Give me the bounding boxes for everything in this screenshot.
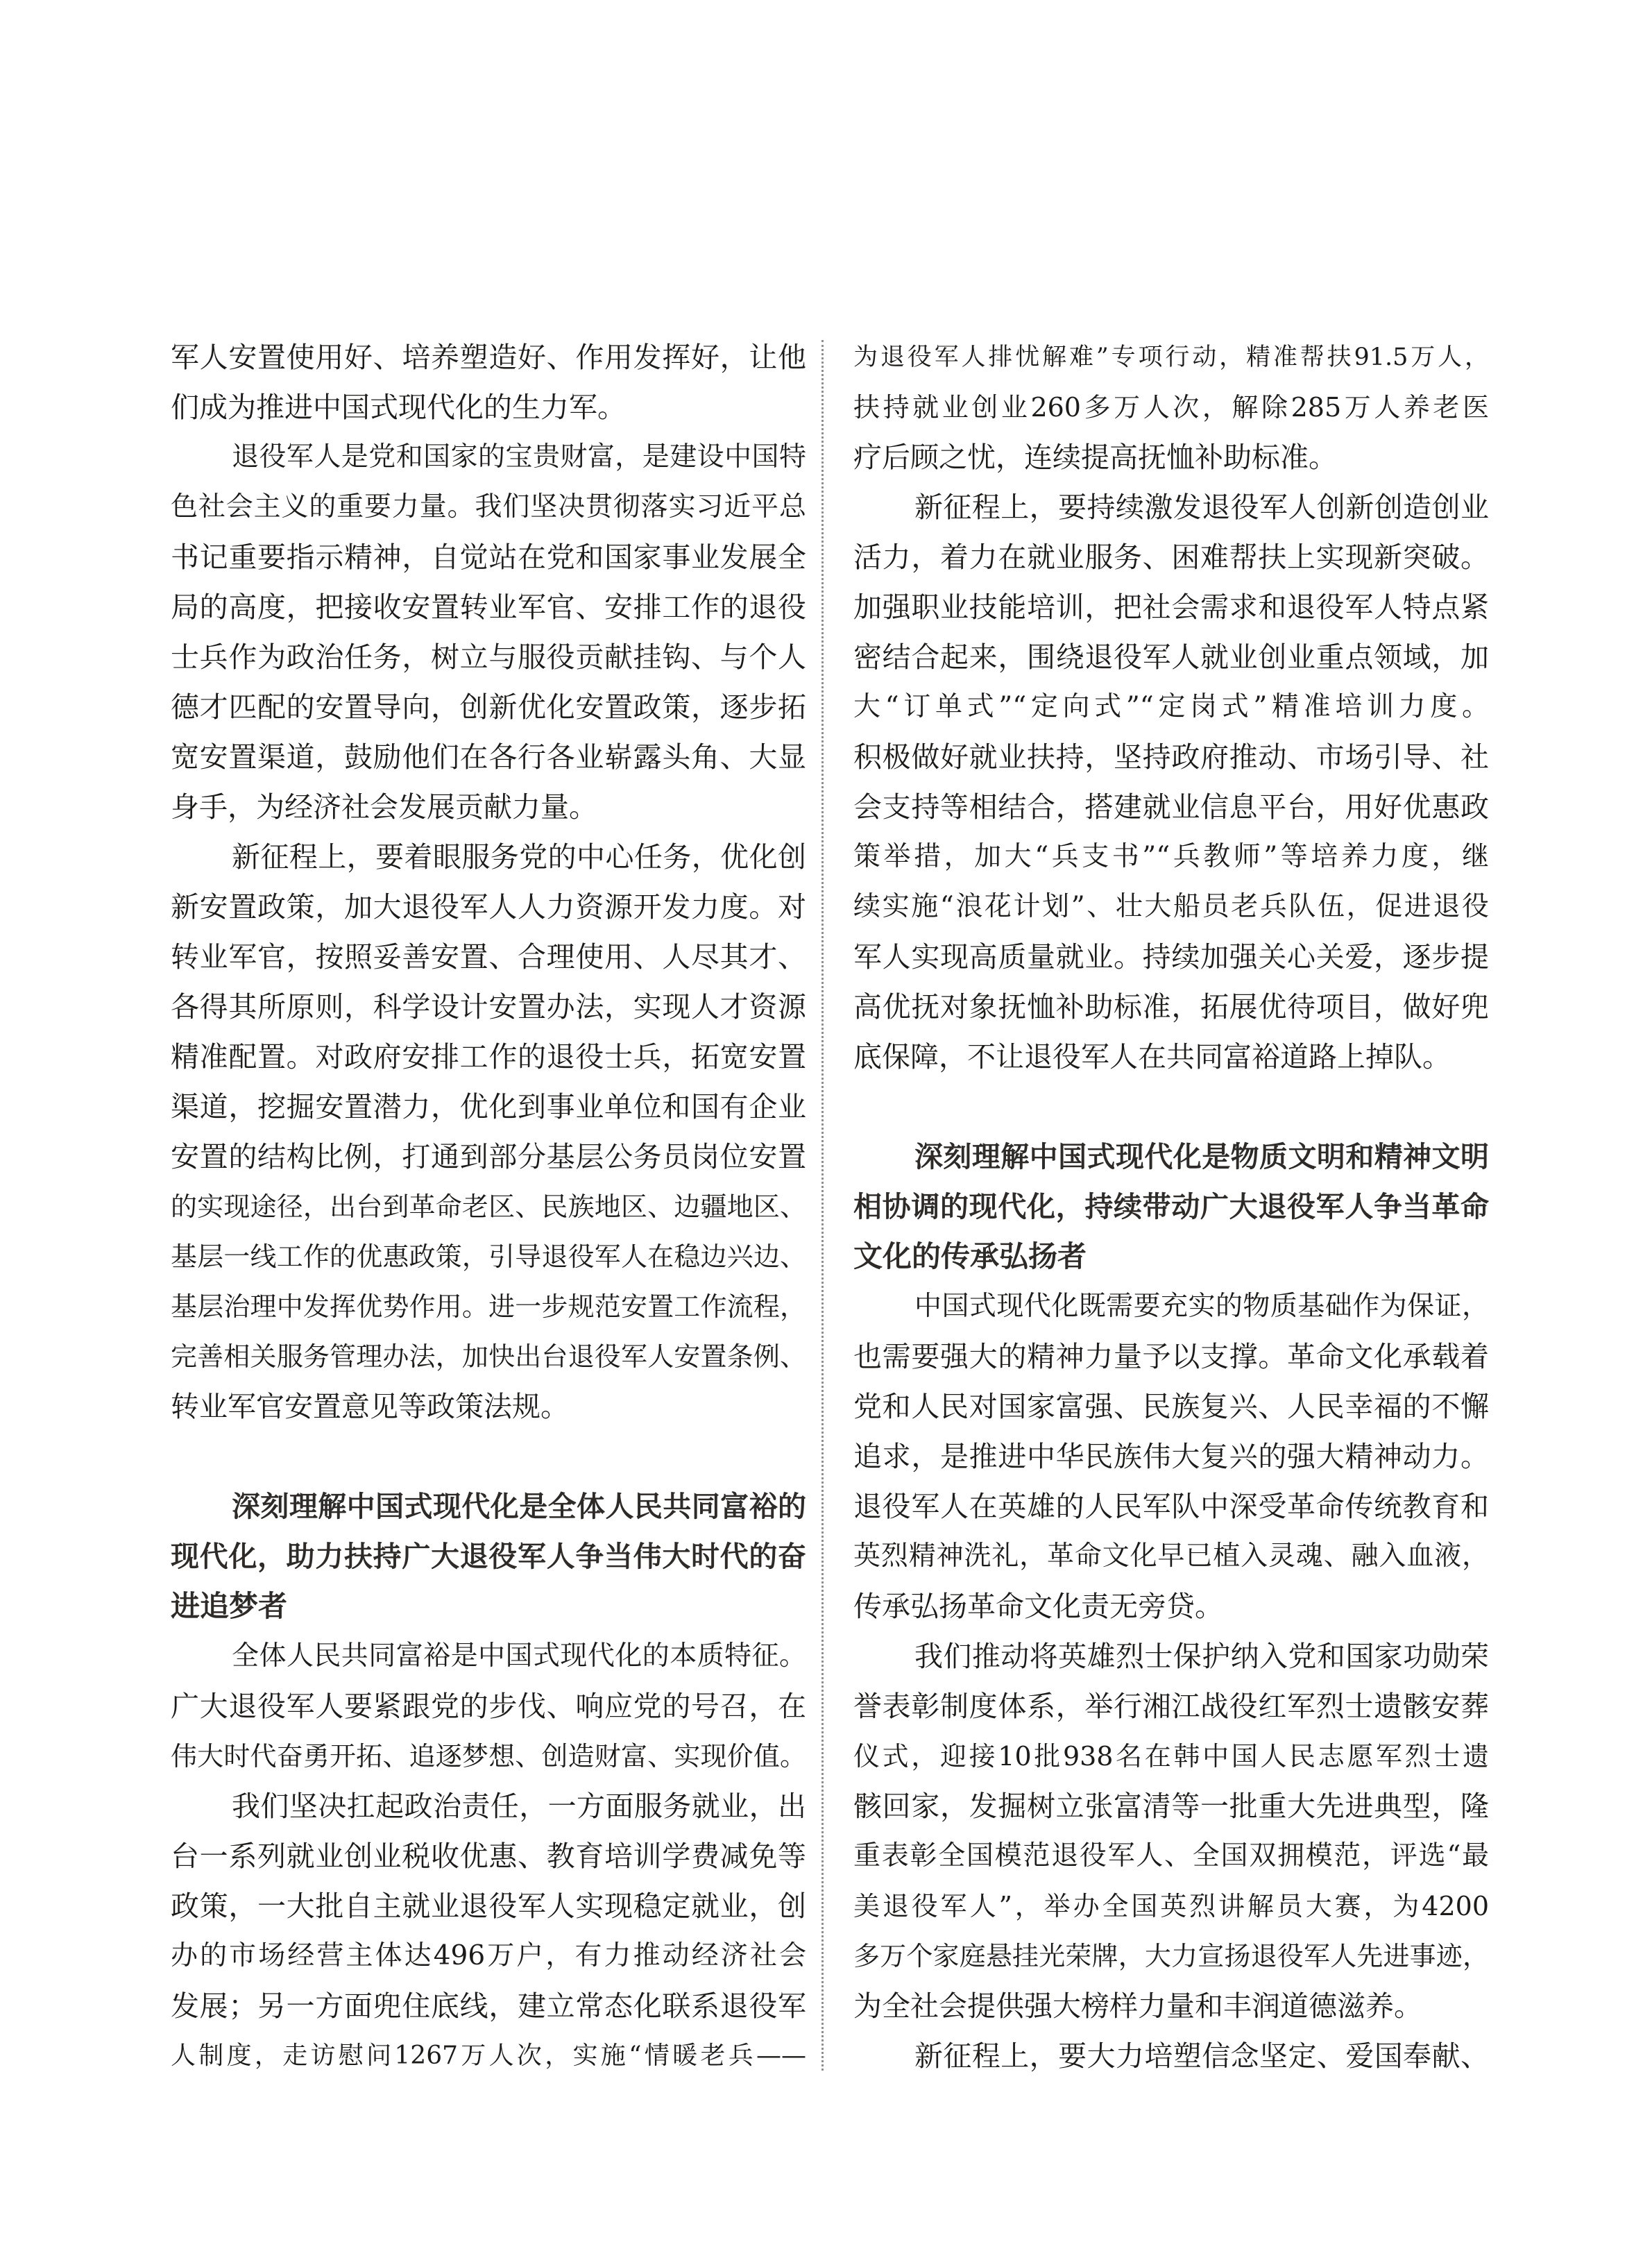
body-text-line: 新安置政策，加大退役军人人力资源开发力度。对 [171, 882, 806, 932]
body-text-line: 新征程上，要大力培塑信念坚定、爱国奉献、 [853, 2031, 1489, 2081]
section-heading-line: 现代化，助力扶持广大退役军人争当伟大时代的奋 [171, 1531, 806, 1581]
body-text-line: 完善相关服务管理办法，加快出台退役军人安置条例、 [171, 1332, 806, 1382]
body-text-line: 安置的结构比例，打通到部分基层公务员岗位安置 [171, 1132, 806, 1182]
body-text-line: 传承弘扬革命文化责无旁贷。 [853, 1581, 1489, 1631]
body-text-line: 精准配置。对政府安排工作的退役士兵，拓宽安置 [171, 1032, 806, 1082]
body-text-line: 多万个家庭悬挂光荣牌，大力宣扬退役军人先进事迹， [853, 1931, 1489, 1981]
body-text-line: 转业军官安置意见等政策法规。 [171, 1382, 806, 1432]
right-text-column: 为退役军人排忧解难”专项行动，精准帮扶91.5万人，扶持就业创业260多万人次，… [853, 332, 1489, 2081]
magazine-article-page: 军人安置使用好、培养塑造好、作用发挥好，让他们成为推进中国式现代化的生力军。退役… [0, 0, 1652, 2242]
section-heading-line: 进追梦者 [171, 1581, 806, 1631]
section-heading-line: 文化的传承弘扬者 [853, 1232, 1489, 1282]
body-text-line: 退役军人在英雄的人民军队中深受革命传统教育和 [853, 1481, 1489, 1531]
body-text-line: 活力，着力在就业服务、困难帮扶上实现新突破。 [853, 532, 1489, 582]
body-text-line: 会支持等相结合，搭建就业信息平台，用好优惠政 [853, 782, 1489, 832]
body-text-line: 们成为推进中国式现代化的生力军。 [171, 382, 806, 432]
body-text-line: 誉表彰制度体系，举行湘江战役红军烈士遗骸安葬 [853, 1681, 1489, 1731]
body-text-line: 大“订单式”“定向式”“定岗式”精准培训力度。 [853, 682, 1489, 732]
body-text-line: 基层一线工作的优惠政策，引导退役军人在稳边兴边、 [171, 1232, 806, 1282]
body-text-line: 加强职业技能培训，把社会需求和退役军人特点紧 [853, 582, 1489, 632]
body-text-line: 渠道，挖掘安置潜力，优化到事业单位和国有企业 [171, 1082, 806, 1132]
body-text-line: 为全社会提供强大榜样力量和丰润道德滋养。 [853, 1981, 1489, 2031]
blank-line [853, 1082, 1489, 1132]
body-text-line: 宽安置渠道，鼓励他们在各行各业崭露头角、大显 [171, 732, 806, 782]
body-text-line: 各得其所原则，科学设计安置办法，实现人才资源 [171, 982, 806, 1032]
body-text-line: 德才匹配的安置导向，创新优化安置政策，逐步拓 [171, 682, 806, 732]
body-text-line: 色社会主义的重要力量。我们坚决贯彻落实习近平总 [171, 482, 806, 532]
body-text-line: 续实施“浪花计划”、壮大船员老兵队伍，促进退役 [853, 882, 1489, 932]
body-text-line: 也需要强大的精神力量予以支撑。革命文化承载着 [853, 1332, 1489, 1382]
body-text-line: 局的高度，把接收安置转业军官、安排工作的退役 [171, 582, 806, 632]
body-text-line: 疗后顾之忧，连续提高抚恤补助标准。 [853, 432, 1489, 482]
body-text-line: 士兵作为政治任务，树立与服役贡献挂钩、与个人 [171, 632, 806, 682]
body-text-line: 军人安置使用好、培养塑造好、作用发挥好，让他 [171, 332, 806, 382]
body-text-line: 办的市场经营主体达496万户，有力推动经济社会 [171, 1931, 806, 1981]
blank-line [171, 1432, 806, 1481]
body-text-line: 的实现途径，出台到革命老区、民族地区、边疆地区、 [171, 1182, 806, 1232]
body-text-line: 全体人民共同富裕是中国式现代化的本质特征。 [171, 1631, 806, 1681]
section-heading-line: 深刻理解中国式现代化是物质文明和精神文明 [853, 1132, 1489, 1182]
body-text-line: 身手，为经济社会发展贡献力量。 [171, 782, 806, 832]
body-text-line: 退役军人是党和国家的宝贵财富，是建设中国特 [171, 432, 806, 482]
body-text-line: 仪式，迎接10批938名在韩中国人民志愿军烈士遗 [853, 1731, 1489, 1781]
body-text-line: 底保障，不让退役军人在共同富裕道路上掉队。 [853, 1032, 1489, 1082]
body-text-line: 台一系列就业创业税收优惠、教育培训学费减免等 [171, 1831, 806, 1881]
body-text-line: 追求，是推进中华民族伟大复兴的强大精神动力。 [853, 1432, 1489, 1481]
body-text-line: 伟大时代奋勇开拓、追逐梦想、创造财富、实现价值。 [171, 1731, 806, 1781]
body-text-line: 中国式现代化既需要充实的物质基础作为保证， [853, 1282, 1489, 1332]
body-text-line: 军人实现高质量就业。持续加强关心关爱，逐步提 [853, 932, 1489, 982]
body-text-line: 书记重要指示精神，自觉站在党和国家事业发展全 [171, 532, 806, 582]
body-text-line: 积极做好就业扶持，坚持政府推动、市场引导、社 [853, 732, 1489, 782]
body-text-line: 基层治理中发挥优势作用。进一步规范安置工作流程， [171, 1282, 806, 1332]
body-text-line: 密结合起来，围绕退役军人就业创业重点领域，加 [853, 632, 1489, 682]
body-text-line: 美退役军人”，举办全国英烈讲解员大赛，为4200 [853, 1881, 1489, 1931]
body-text-line: 我们坚决扛起政治责任，一方面服务就业，出 [171, 1781, 806, 1831]
left-text-column: 军人安置使用好、培养塑造好、作用发挥好，让他们成为推进中国式现代化的生力军。退役… [171, 332, 806, 2081]
body-text-line: 广大退役军人要紧跟党的步伐、响应党的号召，在 [171, 1681, 806, 1731]
body-text-line: 转业军官，按照妥善安置、合理使用、人尽其才、 [171, 932, 806, 982]
body-text-line: 策举措，加大“兵支书”“兵教师”等培养力度，继 [853, 832, 1489, 882]
body-text-line: 新征程上，要着眼服务党的中心任务，优化创 [171, 832, 806, 882]
body-text-line: 新征程上，要持续激发退役军人创新创造创业 [853, 482, 1489, 532]
body-text-line: 扶持就业创业260多万人次，解除285万人养老医 [853, 382, 1489, 432]
body-text-line: 为退役军人排忧解难”专项行动，精准帮扶91.5万人， [853, 332, 1489, 382]
body-text-line: 我们推动将英雄烈士保护纳入党和国家功勋荣 [853, 1631, 1489, 1681]
body-text-line: 人制度，走访慰问1267万人次，实施“情暖老兵—— [171, 2031, 806, 2081]
body-text-line: 英烈精神洗礼，革命文化早已植入灵魂、融入血液， [853, 1531, 1489, 1581]
column-divider-dotted-line [821, 340, 824, 2071]
body-text-line: 发展；另一方面兜住底线，建立常态化联系退役军 [171, 1981, 806, 2031]
body-text-line: 重表彰全国模范退役军人、全国双拥模范，评选“最 [853, 1831, 1489, 1881]
body-text-line: 高优抚对象抚恤补助标准，拓展优待项目，做好兜 [853, 982, 1489, 1032]
section-heading-line: 相协调的现代化，持续带动广大退役军人争当革命 [853, 1182, 1489, 1232]
body-text-line: 骸回家，发掘树立张富清等一批重大先进典型，隆 [853, 1781, 1489, 1831]
body-text-line: 政策，一大批自主就业退役军人实现稳定就业，创 [171, 1881, 806, 1931]
section-heading-line: 深刻理解中国式现代化是全体人民共同富裕的 [171, 1481, 806, 1531]
body-text-line: 党和人民对国家富强、民族复兴、人民幸福的不懈 [853, 1382, 1489, 1432]
